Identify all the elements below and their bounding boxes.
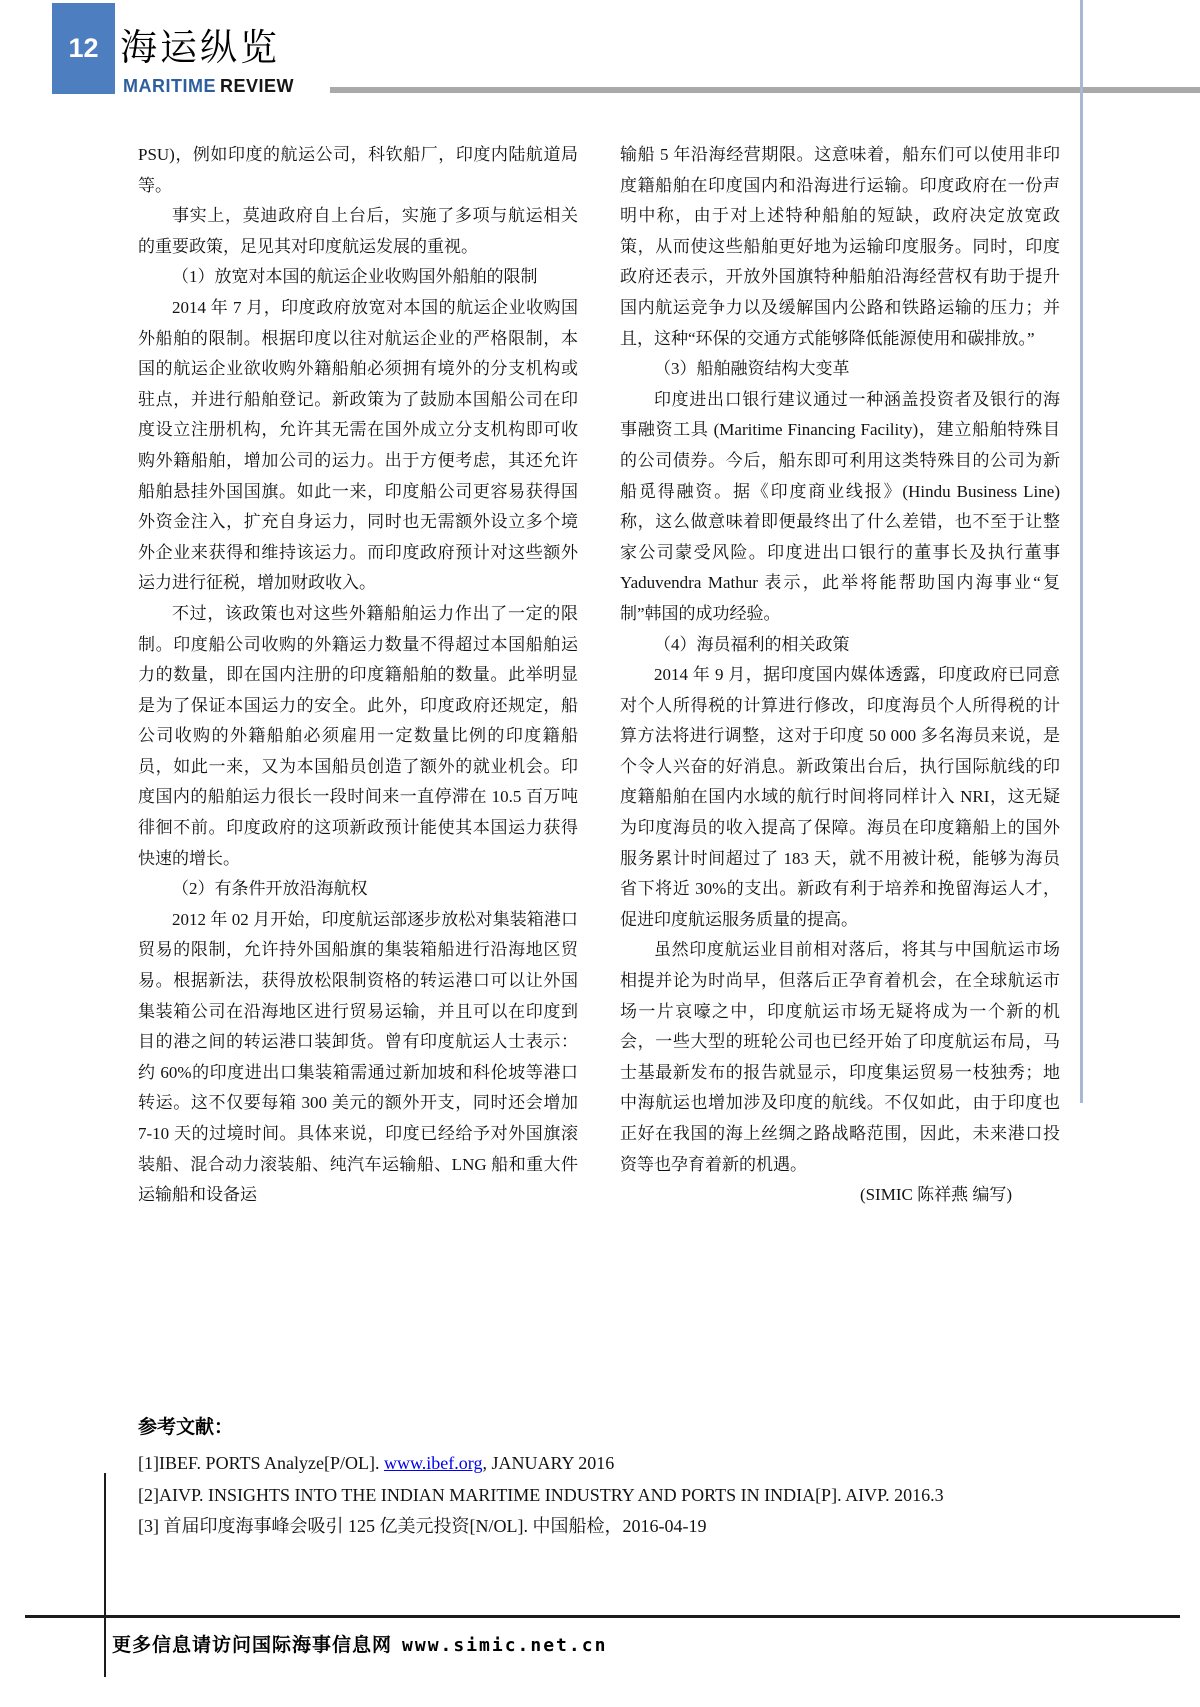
body-paragraph: （1）放宽对本国的航运企业收购国外船舶的限制 [138, 262, 578, 293]
references-heading: 参考文献： [138, 1412, 1098, 1439]
body-paragraph: 事实上，莫迪政府自上台后，实施了多项与航运相关的重要政策，足见其对印度航运发展的… [138, 201, 578, 262]
reference-link[interactable]: www.ibef.org [384, 1453, 482, 1473]
page-number-badge: 12 [52, 3, 115, 94]
footer: 更多信息请访问国际海事信息网www.simic.net.cn [112, 1630, 607, 1657]
footer-vertical-line [104, 1473, 106, 1677]
footer-note: 更多信息请访问国际海事信息网 [112, 1635, 392, 1656]
right-margin-line [1080, 0, 1083, 1103]
section-title-english: MARITIMEREVIEW [123, 76, 294, 97]
page-number: 12 [68, 33, 98, 64]
body-paragraph: 虽然印度航运业目前相对落后，将其与中国航运市场相提并论为时尚早，但落后正孕育着机… [620, 935, 1060, 1180]
body-paragraph: PSU)，例如印度的航运公司，科钦船厂，印度内陆航道局等。 [138, 140, 578, 201]
references-section: 参考文献： [1]IBEF. PORTS Analyze[P/OL]. www.… [138, 1412, 1098, 1543]
reference-item: [3] 首届印度海事峰会吸引 125 亿美元投资[N/OL]. 中国船检，201… [138, 1511, 1098, 1543]
body-paragraph: 2014 年 7 月，印度政府放宽对本国的航运企业收购国外船舶的限制。根据印度以… [138, 293, 578, 599]
body-paragraph: 2012 年 02 月开始，印度航运部逐步放松对集装箱港口贸易的限制，允许持外国… [138, 905, 578, 1211]
reference-item: [1]IBEF. PORTS Analyze[P/OL]. www.ibef.o… [138, 1448, 1098, 1480]
byline: (SIMIC 陈祥燕 编写) [620, 1180, 1060, 1211]
footer-divider-line [25, 1615, 1180, 1618]
footer-url: www.simic.net.cn [402, 1635, 607, 1656]
right-column-paragraphs: 输船 5 年沿海经营期限。这意味着，船东们可以使用非印度籍船舶在印度国内和沿海进… [620, 140, 1060, 1180]
body-paragraph: （3）船舶融资结构大变革 [620, 354, 1060, 385]
reference-list: [1]IBEF. PORTS Analyze[P/OL]. www.ibef.o… [138, 1448, 1098, 1543]
magazine-page: 12 海运纵览 MARITIMEREVIEW PSU)，例如印度的航运公司，科钦… [0, 0, 1200, 1707]
body-paragraph: （2）有条件开放沿海航权 [138, 874, 578, 905]
body-paragraph: （4）海员福利的相关政策 [620, 630, 1060, 661]
body-paragraph: 不过，该政策也对这些外籍船舶运力作出了一定的限制。印度船公司收购的外籍运力数量不… [138, 599, 578, 874]
reference-item: [2]AIVP. INSIGHTS INTO THE INDIAN MARITI… [138, 1480, 1098, 1512]
body-paragraph: 2014 年 9 月，据印度国内媒体透露，印度政府已同意对个人所得税的计算进行修… [620, 660, 1060, 935]
body-paragraph: 印度进出口银行建议通过一种涵盖投资者及银行的海事融资工具 (Maritime F… [620, 385, 1060, 630]
left-column-paragraphs: PSU)，例如印度的航运公司，科钦船厂，印度内陆航道局等。事实上，莫迪政府自上台… [138, 140, 578, 1211]
section-title-en-maritime: MARITIME [123, 76, 216, 96]
left-column: PSU)，例如印度的航运公司，科钦船厂，印度内陆航道局等。事实上，莫迪政府自上台… [138, 140, 578, 1211]
body-paragraph: 输船 5 年沿海经营期限。这意味着，船东们可以使用非印度籍船舶在印度国内和沿海进… [620, 140, 1060, 354]
header-divider-line [330, 87, 1200, 93]
section-title-en-review: REVIEW [220, 76, 294, 96]
right-column: 输船 5 年沿海经营期限。这意味着，船东们可以使用非印度籍船舶在印度国内和沿海进… [620, 140, 1060, 1211]
section-title-chinese: 海运纵览 [120, 17, 280, 71]
